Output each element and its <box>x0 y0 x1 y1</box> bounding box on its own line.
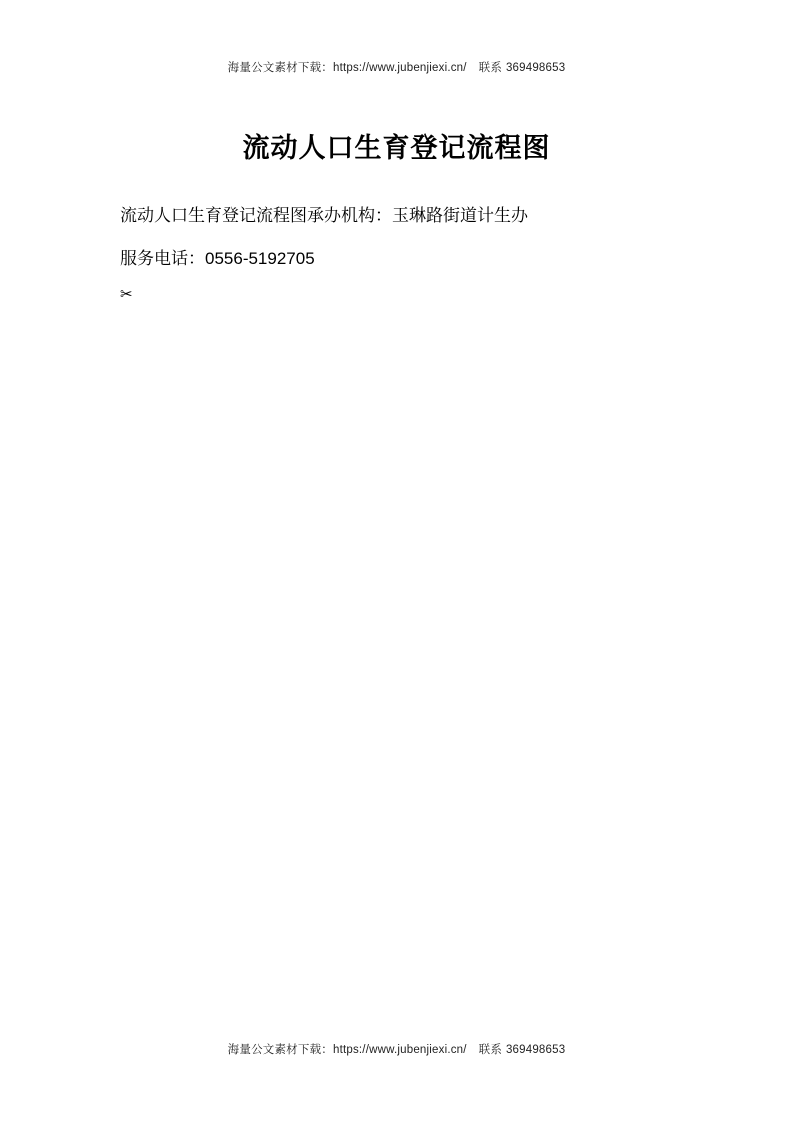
organization-line: 流动人口生育登记流程图承办机构：玉琳路街道计生办 <box>120 201 528 226</box>
footer-url-link[interactable]: https://www.jubenjiexi.cn/ <box>333 1044 467 1056</box>
page-header: 海量公文素材下载：https://www.jubenjiexi.cn/联系 36… <box>0 59 793 75</box>
page-footer: 海量公文素材下载：https://www.jubenjiexi.cn/联系 36… <box>0 1041 793 1057</box>
document-title: 流动人口生育登记流程图 <box>0 126 793 165</box>
header-url-link[interactable]: https://www.jubenjiexi.cn/ <box>333 62 467 74</box>
footer-contact-number: 369498653 <box>506 1044 565 1056</box>
header-contact-label: 联系 <box>479 60 502 74</box>
phone-label: 服务电话： <box>120 249 205 269</box>
phone-number: 0556-5192705 <box>205 249 315 268</box>
scissors-icon: ✂ <box>120 285 133 303</box>
header-contact-number: 369498653 <box>506 62 565 74</box>
footer-label: 海量公文素材下载： <box>228 1042 333 1056</box>
header-label: 海量公文素材下载： <box>228 60 333 74</box>
footer-contact-label: 联系 <box>479 1042 502 1056</box>
phone-line: 服务电话：0556-5192705 <box>120 244 315 269</box>
